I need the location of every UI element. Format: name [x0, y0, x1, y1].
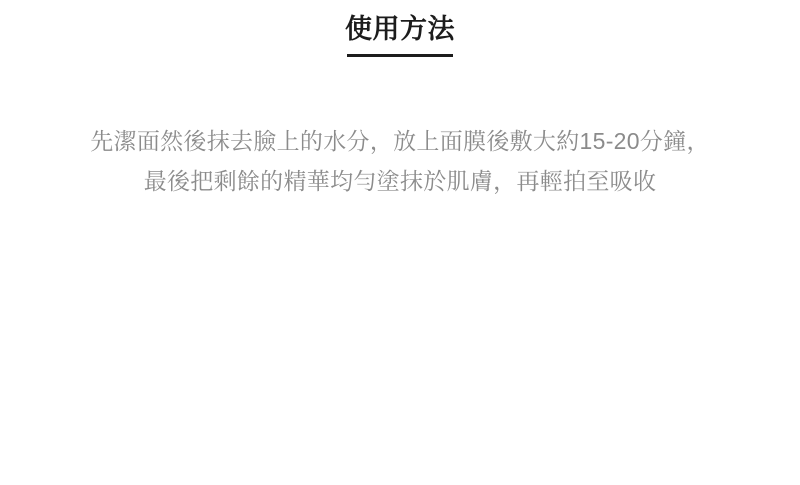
title-underline: [347, 54, 453, 57]
instruction-line-1: 先潔面然後抹去臉上的水分，放上面膜後敷大約15-20分鐘，: [0, 121, 800, 161]
instructions-paragraph: 先潔面然後抹去臉上的水分，放上面膜後敷大約15-20分鐘， 最後把剩餘的精華均勻…: [0, 121, 800, 201]
instruction-line-2: 最後把剩餘的精華均勻塗抹於肌膚，再輕拍至吸收: [0, 161, 800, 201]
usage-instructions-section: 使用方法 先潔面然後抹去臉上的水分，放上面膜後敷大約15-20分鐘， 最後把剩餘…: [0, 0, 800, 485]
section-header: 使用方法: [0, 0, 800, 57]
section-title: 使用方法: [345, 14, 455, 45]
